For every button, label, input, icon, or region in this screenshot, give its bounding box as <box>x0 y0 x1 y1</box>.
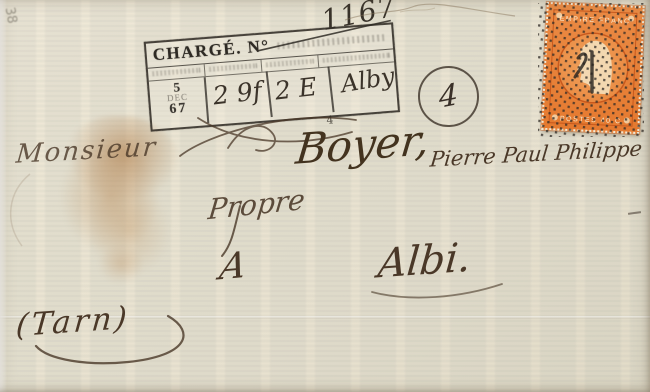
dotted-lozenge-cancellation <box>528 0 648 144</box>
address-city: Albi. <box>376 235 473 288</box>
address-surname: Boyer, <box>294 115 432 174</box>
pencil-corner-mark: 38 <box>1 6 19 25</box>
envelope-scan: 38 1167 CHARGÉ. N° 5 DEC <box>0 0 650 392</box>
rate-number: 4 <box>438 77 459 115</box>
paper-crease <box>340 0 520 26</box>
faded-postmark-arc <box>0 170 34 250</box>
